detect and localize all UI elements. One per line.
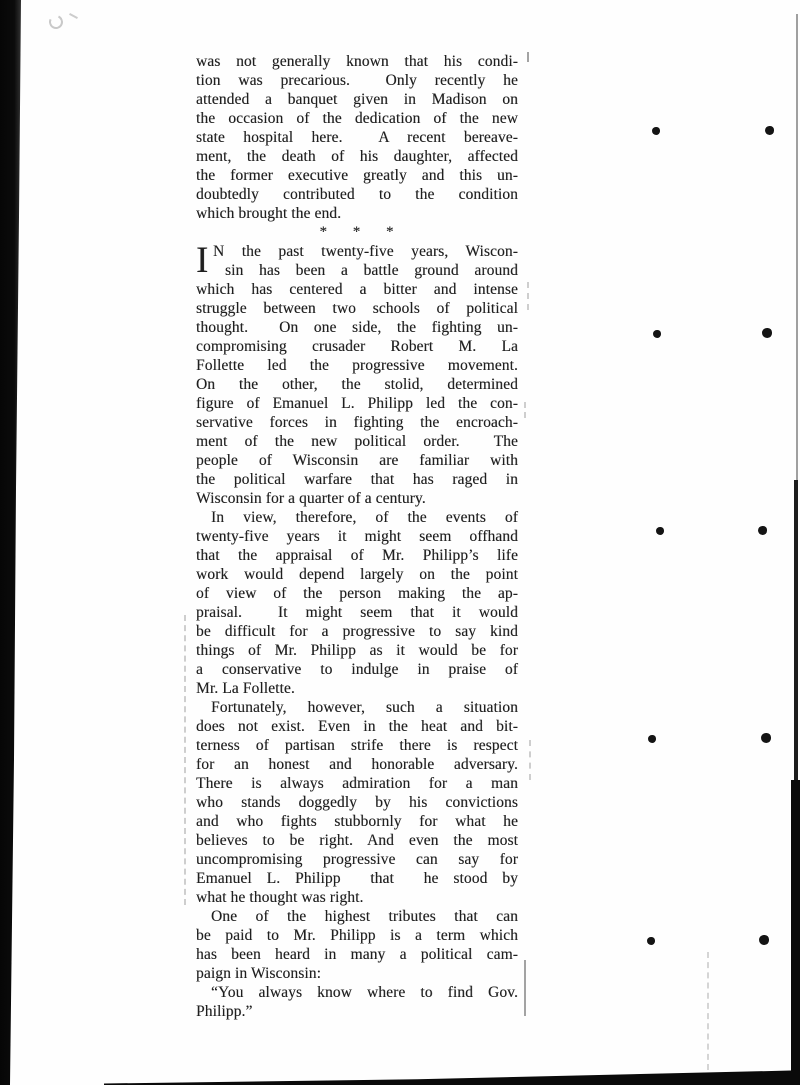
text-line: and who fights stubbornly for what he (196, 812, 518, 831)
margin-dash (184, 615, 186, 905)
text-line: There is always admiration for a man (196, 774, 518, 793)
text-line: which brought the end. (196, 204, 518, 223)
punch-hole-dot (648, 735, 656, 743)
text-line: N the past twenty-five years, Wiscon- (196, 242, 518, 261)
text-line: ment of the new political order. The (196, 432, 518, 451)
paragraph: One of the highest tributes that can be … (196, 907, 518, 983)
text-line: of view of the person making the ap- (196, 584, 518, 603)
text-line: Fortunately, however, such a situation (196, 698, 518, 717)
punch-hole-dot (656, 527, 664, 535)
text-line: things of Mr. Philipp as it would be for (196, 641, 518, 660)
text-line: the former executive greatly and this un… (196, 166, 518, 185)
paragraph: In view, therefore, of the events of twe… (196, 508, 518, 698)
text-line: has been heard in many a political cam- (196, 945, 518, 964)
text-line: that the appraisal of Mr. Philipp’s life (196, 546, 518, 565)
text-line: paign in Wisconsin: (196, 964, 518, 983)
text-line: state hospital here. A recent bereave- (196, 128, 518, 147)
margin-dash (524, 402, 526, 418)
punch-hole-dot (765, 126, 774, 135)
text-line: On the other, the stolid, determined (196, 375, 518, 394)
text-line: be difficult for a progressive to say ki… (196, 622, 518, 641)
text-line: twenty-five years it might seem offhand (196, 527, 518, 546)
text-line: Follette led the progressive movement. (196, 356, 518, 375)
text-line: praisal. It might seem that it would (196, 603, 518, 622)
pencil-mark (47, 13, 81, 28)
text-line: struggle between two schools of politica… (196, 299, 518, 318)
text-line: doubtedly contributed to the condition (196, 185, 518, 204)
punch-hole-dot (652, 127, 660, 135)
scan-right-edge-line (796, 14, 798, 480)
scan-left-edge-band (0, 0, 24, 1085)
text-line: Mr. La Follette. (196, 679, 518, 698)
text-line: was not generally known that his condi- (196, 52, 518, 71)
text-line: “You always know where to find Gov. (196, 983, 518, 1002)
text-line: servative forces in fighting the encroac… (196, 413, 518, 432)
punch-hole-dot (653, 330, 661, 338)
text-line: Emanuel L. Philipp that he stood by (196, 869, 518, 888)
article-column: was not generally known that his condi- … (196, 52, 518, 1021)
text-line: people of Wisconsin are familiar with (196, 451, 518, 470)
scanned-document-page: was not generally known that his condi- … (0, 0, 800, 1085)
text-line: believes to be right. And even the most (196, 831, 518, 850)
scan-speck (527, 52, 529, 62)
text-line: compromising crusader Robert M. La (196, 337, 518, 356)
text-line: tion was precarious. Only recently he (196, 71, 518, 90)
punch-hole-dot (762, 328, 772, 338)
text-line: One of the highest tributes that can (196, 907, 518, 926)
punch-hole-dot (647, 937, 655, 945)
scan-right-edge-line (794, 480, 798, 782)
column-fold-line (707, 952, 709, 1070)
punch-hole-dot (759, 935, 769, 945)
margin-tick (524, 960, 526, 1016)
text-line: what he thought was right. (196, 888, 518, 907)
paragraph: “You always know where to find Gov. Phil… (196, 983, 518, 1021)
paragraph: was not generally known that his condi- … (196, 52, 518, 223)
text-line: Wisconsin for a quarter of a century. (196, 489, 518, 508)
text-line: ment, the death of his daughter, affecte… (196, 147, 518, 166)
text-line: for an honest and honorable adversary. (196, 755, 518, 774)
text-line: terness of partisan strife there is resp… (196, 736, 518, 755)
text-line: a conservative to indulge in praise of (196, 660, 518, 679)
text-line: does not exist. Even in the heat and bit… (196, 717, 518, 736)
text-line: the political warfare that has raged in (196, 470, 518, 489)
text-line: Philipp.” (196, 1002, 518, 1021)
text-line: who stands doggedly by his convictions (196, 793, 518, 812)
punch-hole-dot (758, 526, 767, 535)
scan-bottom-edge-band (104, 1070, 800, 1085)
pencil-mark-loop (47, 13, 65, 31)
text-line: figure of Emanuel L. Philipp led the con… (196, 394, 518, 413)
punch-hole-dot (761, 733, 771, 743)
text-line: which has centered a bitter and intense (196, 280, 518, 299)
scan-right-edge-band (791, 780, 800, 1085)
asterisk-separator: * * * (196, 223, 518, 242)
drop-cap: I (196, 244, 208, 278)
text-line: In view, therefore, of the events of (196, 508, 518, 527)
paragraph: Fortunately, however, such a situation d… (196, 698, 518, 907)
text-line: uncompromising progressive can say for (196, 850, 518, 869)
margin-dash (527, 282, 529, 310)
text-line: the occasion of the dedication of the ne… (196, 109, 518, 128)
text-line: be paid to Mr. Philipp is a term which (196, 926, 518, 945)
margin-dash (529, 740, 531, 780)
text-line: sin has been a battle ground around (196, 261, 518, 280)
text-line: work would depend largely on the point (196, 565, 518, 584)
pencil-mark-tick (69, 13, 78, 19)
paragraph: I N the past twenty-five years, Wiscon- … (196, 242, 518, 508)
text-line: thought. On one side, the fighting un- (196, 318, 518, 337)
text-line: attended a banquet given in Madison on (196, 90, 518, 109)
